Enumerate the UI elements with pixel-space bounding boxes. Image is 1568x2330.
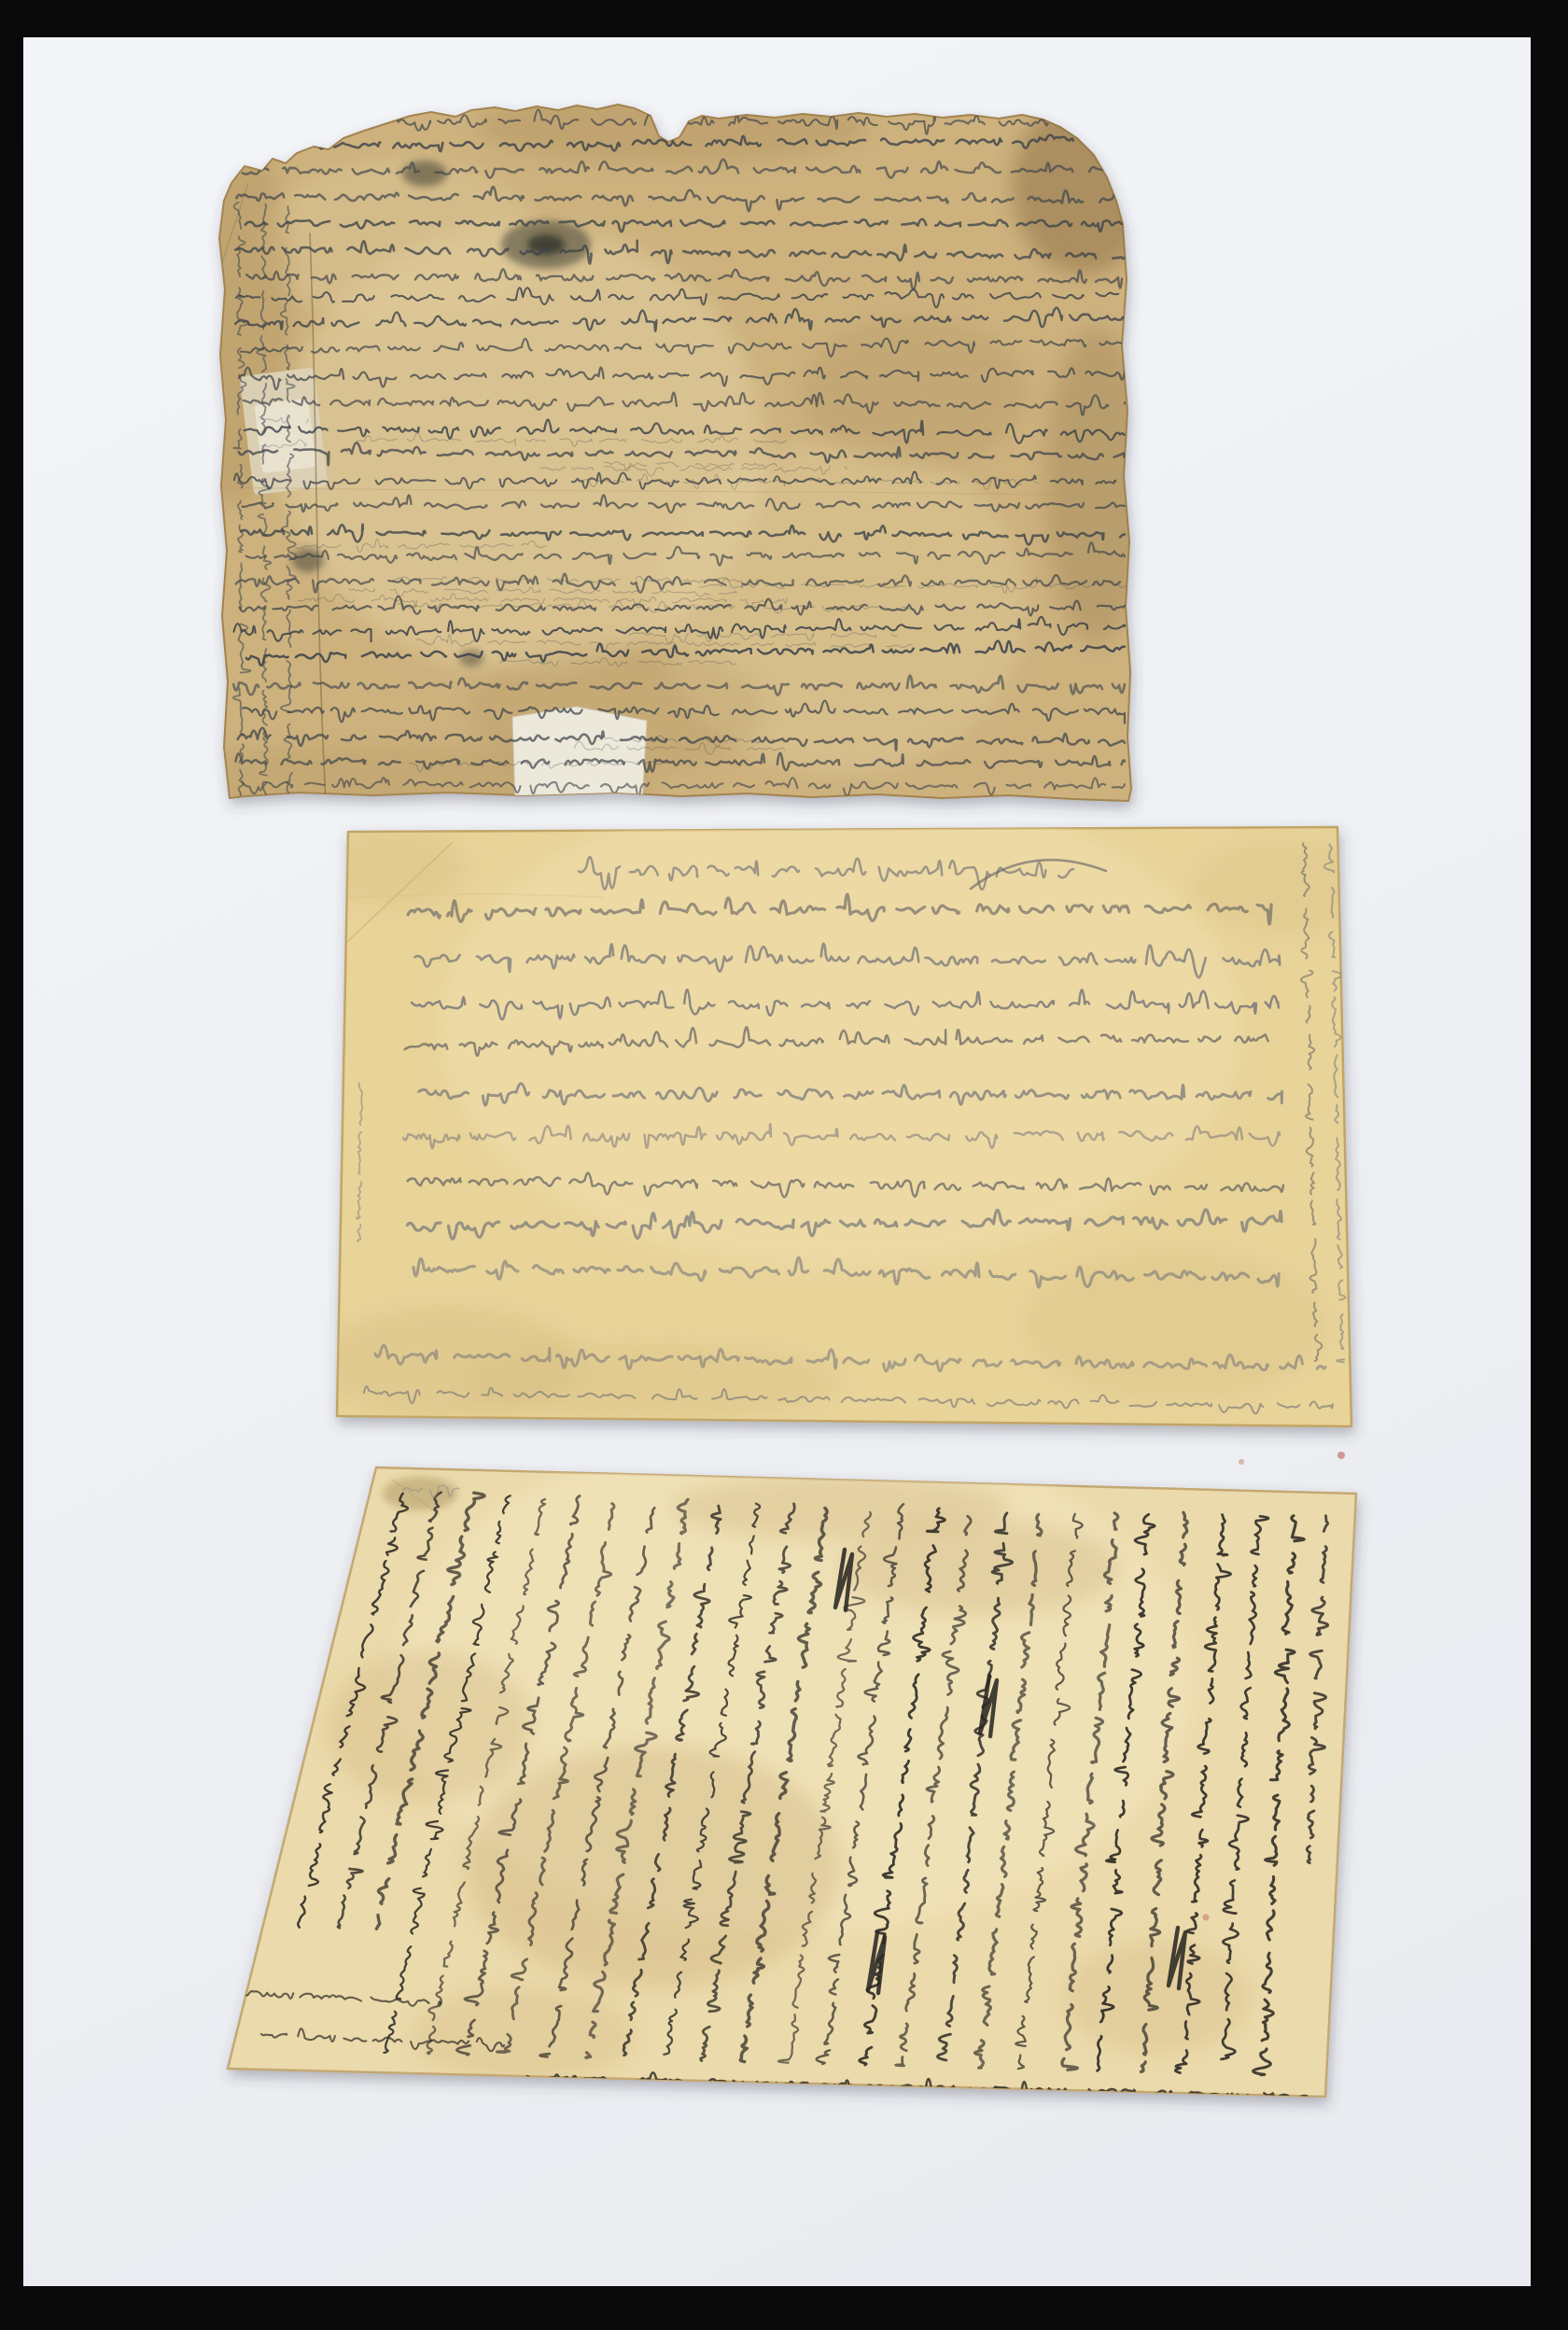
ink-smudge [459, 650, 483, 667]
pink-speck [1203, 1915, 1210, 1921]
document-postcard-pencil: Yellow postcard written in grey pencil, … [317, 784, 1381, 1426]
paper-stain [327, 1652, 532, 1802]
document-torn-fragment: Irregular torn paper fragment, heavily a… [93, 89, 1211, 821]
paper-stain [467, 1344, 840, 1419]
manuscripts-scene: Irregular torn paper fragment, heavily a… [0, 0, 1568, 2330]
paper-stain [1195, 840, 1381, 933]
paper-stain [1027, 1251, 1325, 1400]
ink-smudge [292, 548, 324, 572]
paper-stain [803, 317, 1027, 467]
document-postcard-ink: Cream postcard photographed rotated: bol… [228, 1428, 1356, 2102]
paper-stain [672, 1475, 1008, 1540]
pink-speck [1337, 1452, 1345, 1459]
pink-speck [1239, 1459, 1244, 1465]
photo-frame: Irregular torn paper fragment, heavily a… [0, 0, 1568, 2330]
paper-highlight [439, 784, 1241, 1270]
paper-stain [1064, 1942, 1251, 2054]
paper-stain [261, 159, 541, 327]
paper-stain [411, 1988, 635, 2082]
paper-stain [1045, 327, 1148, 644]
